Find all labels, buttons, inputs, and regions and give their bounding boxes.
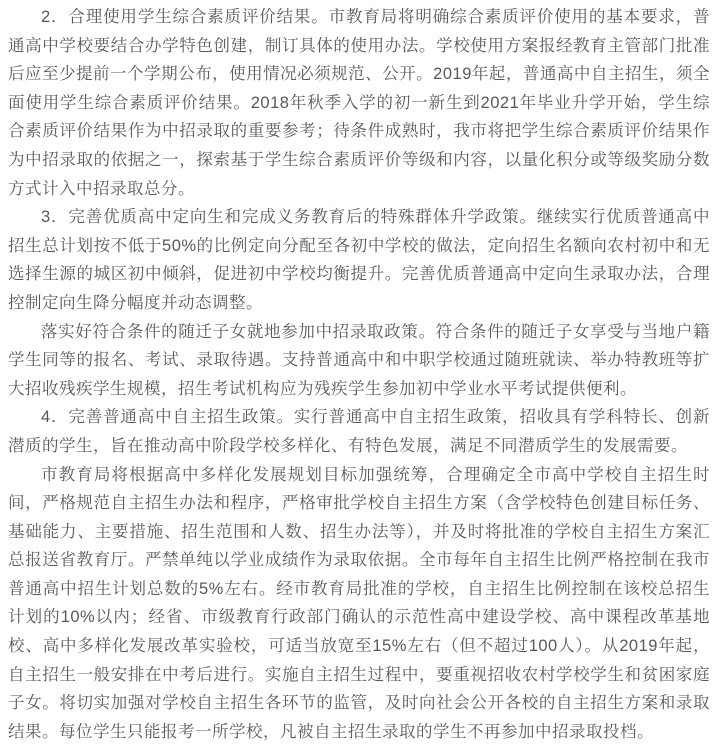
paragraph-item-4: 4．完善普通高中自主招生政策。实行普通高中自主招生政策，招收具有学科特长、创新潜… (8, 403, 710, 460)
paragraph-item-4-sub: 市教育局将根据高中多样化发展规划目标加强统筹，合理确定全市高中学校自主招生时间，… (8, 461, 710, 747)
paragraph-item-2: 2．合理使用学生综合素质评价结果。市教育局将明确综合素质评价使用的基本要求，普通… (8, 3, 710, 203)
paragraph-item-3-sub: 落实好符合条件的随迁子女就地参加中招录取政策。符合条件的随迁子女享受与当地户籍学… (8, 318, 710, 404)
paragraph-item-3: 3．完善优质高中定向生和完成义务教育后的特殊群体升学政策。继续实行优质普通高中招… (8, 203, 710, 317)
document-page: 2．合理使用学生综合素质评价结果。市教育局将明确综合素质评价使用的基本要求，普通… (0, 0, 718, 747)
